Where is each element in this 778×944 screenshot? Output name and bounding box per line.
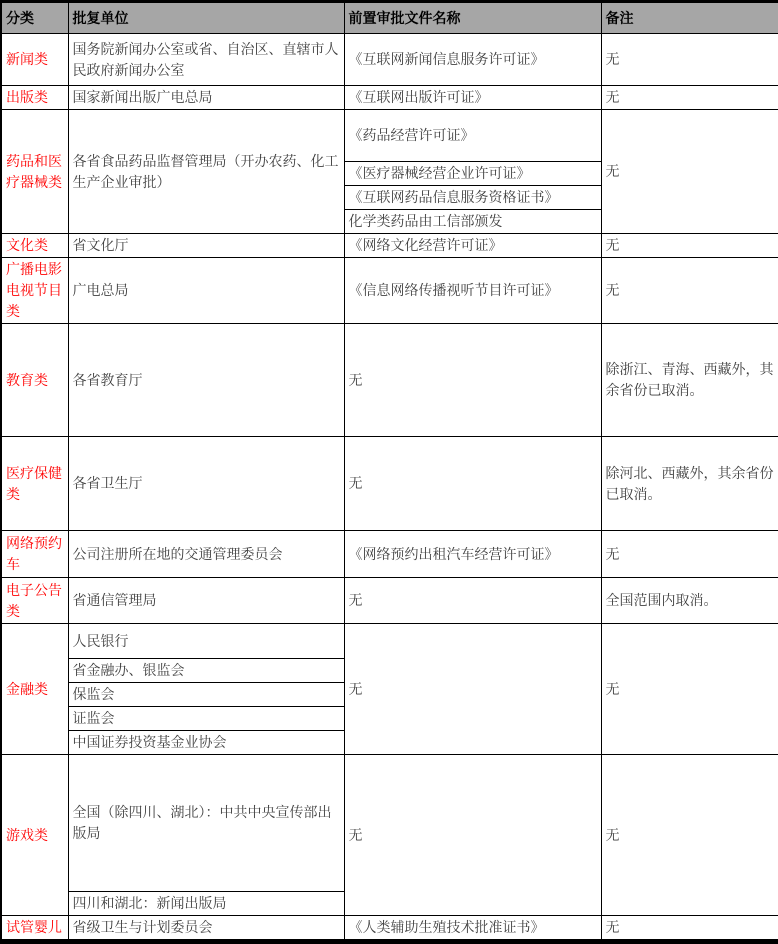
doc-cell: 《互联网出版许可证》 (344, 86, 601, 110)
header-remark: 备注 (601, 2, 778, 34)
note-cell: 除浙江、青海、西藏外，其余省份已取消。 (601, 324, 778, 437)
table-row: 文化类 省文化厅 《网络文化经营许可证》 无 (1, 234, 778, 258)
doc-cell: 无 (344, 755, 601, 916)
doc-cell: 无 (344, 437, 601, 531)
note-cell: 无 (601, 531, 778, 578)
category-cell: 网络预约车 (1, 531, 68, 578)
category-cell: 出版类 (1, 86, 68, 110)
table-row: 电子公告类 省通信管理局 无 全国范围内取消。 (1, 578, 778, 624)
table-row: 金融类 人民银行 无 无 (1, 624, 778, 659)
note-cell: 无 (601, 916, 778, 942)
table-row: 出版类 国家新闻出版广电总局 《互联网出版许可证》 无 (1, 86, 778, 110)
note-cell: 无 (601, 34, 778, 86)
table-row: 网络预约车 公司注册所在地的交通管理委员会 《网络预约出租汽车经营许可证》 无 (1, 531, 778, 578)
table-row: 试管婴儿 省级卫生与计划委员会 《人类辅助生殖技术批准证书》 无 (1, 916, 778, 942)
category-cell: 金融类 (1, 624, 68, 755)
table-row: 新闻类 国务院新闻办公室或省、自治区、直辖市人民政府新闻办公室 《互联网新闻信息… (1, 34, 778, 86)
header-document-name: 前置审批文件名称 (344, 2, 601, 34)
doc-cell: 《人类辅助生殖技术批准证书》 (344, 916, 601, 942)
unit-cell: 人民银行 (68, 624, 344, 659)
note-cell: 无 (601, 755, 778, 916)
doc-cell: 无 (344, 624, 601, 755)
approval-requirements-table: 分类 批复单位 前置审批文件名称 备注 新闻类 国务院新闻办公室或省、自治区、直… (0, 0, 778, 944)
unit-cell: 各省食品药品监督管理局（开办农药、化工生产企业审批） (68, 110, 344, 234)
note-cell: 无 (601, 624, 778, 755)
category-cell: 广播电影电视节目类 (1, 258, 68, 324)
unit-cell: 各省卫生厅 (68, 437, 344, 531)
unit-cell: 国家新闻出版广电总局 (68, 86, 344, 110)
unit-cell: 四川和湖北：新闻出版局 (68, 892, 344, 916)
unit-cell: 中国证券投资基金业协会 (68, 731, 344, 755)
unit-cell: 各省教育厅 (68, 324, 344, 437)
category-cell: 游戏类 (1, 755, 68, 916)
header-category: 分类 (1, 2, 68, 34)
header-approval-unit: 批复单位 (68, 2, 344, 34)
note-cell: 除河北、西藏外，其余省份已取消。 (601, 437, 778, 531)
doc-cell: 《互联网新闻信息服务许可证》 (344, 34, 601, 86)
unit-cell: 省通信管理局 (68, 578, 344, 624)
note-cell: 无 (601, 234, 778, 258)
doc-cell: 《互联网药品信息服务资格证书》 (344, 186, 601, 210)
category-cell: 药品和医疗器械类 (1, 110, 68, 234)
note-cell: 无 (601, 110, 778, 234)
category-cell: 文化类 (1, 234, 68, 258)
unit-cell: 证监会 (68, 707, 344, 731)
doc-cell: 无 (344, 578, 601, 624)
category-cell: 医疗保健类 (1, 437, 68, 531)
table-row: 游戏类 全国（除四川、湖北）：中共中央宣传部出版局 无 无 (1, 755, 778, 892)
doc-cell: 《网络预约出租汽车经营许可证》 (344, 531, 601, 578)
doc-cell: 《网络文化经营许可证》 (344, 234, 601, 258)
table-header-row: 分类 批复单位 前置审批文件名称 备注 (1, 2, 778, 34)
unit-cell: 省文化厅 (68, 234, 344, 258)
unit-cell: 省级卫生与计划委员会 (68, 916, 344, 942)
page: 分类 批复单位 前置审批文件名称 备注 新闻类 国务院新闻办公室或省、自治区、直… (0, 0, 778, 925)
note-cell: 无 (601, 86, 778, 110)
doc-cell: 《信息网络传播视听节目许可证》 (344, 258, 601, 324)
table-row: 医疗保健类 各省卫生厅 无 除河北、西藏外，其余省份已取消。 (1, 437, 778, 531)
doc-cell: 《药品经营许可证》 (344, 110, 601, 162)
category-cell: 教育类 (1, 324, 68, 437)
unit-cell: 国务院新闻办公室或省、自治区、直辖市人民政府新闻办公室 (68, 34, 344, 86)
table-row: 教育类 各省教育厅 无 除浙江、青海、西藏外，其余省份已取消。 (1, 324, 778, 437)
doc-cell: 无 (344, 324, 601, 437)
category-cell: 试管婴儿 (1, 916, 68, 942)
unit-cell: 公司注册所在地的交通管理委员会 (68, 531, 344, 578)
doc-cell: 《医疗器械经营企业许可证》 (344, 162, 601, 186)
unit-cell: 广电总局 (68, 258, 344, 324)
table-row: 广播电影电视节目类 广电总局 《信息网络传播视听节目许可证》 无 (1, 258, 778, 324)
category-cell: 电子公告类 (1, 578, 68, 624)
category-cell: 新闻类 (1, 34, 68, 86)
doc-cell: 化学类药品由工信部颁发 (344, 210, 601, 234)
unit-cell: 全国（除四川、湖北）：中共中央宣传部出版局 (68, 755, 344, 892)
unit-cell: 省金融办、银监会 (68, 659, 344, 683)
note-cell: 全国范围内取消。 (601, 578, 778, 624)
table-row: 药品和医疗器械类 各省食品药品监督管理局（开办农药、化工生产企业审批） 《药品经… (1, 110, 778, 162)
note-cell: 无 (601, 258, 778, 324)
unit-cell: 保监会 (68, 683, 344, 707)
